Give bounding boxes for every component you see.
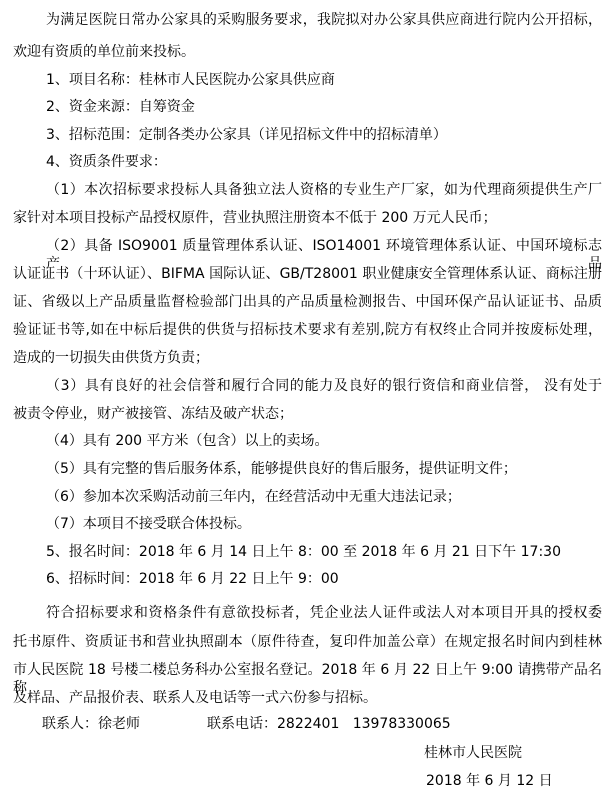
intro-line-1: 为满足医院日常办公家具的采购服务要求，我院拟对办公家具供应商进行院内公开招标， (46, 11, 602, 29)
requirement-4: （4）具有 200 平方米（包含）以上的卖场。 (46, 432, 329, 450)
closing-line-2: 托书原件、资质证书和营业执照副本（原件待查，复印件加盖公章）在规定报名时间内到桂… (13, 633, 602, 651)
item-fund-source: 2、资金来源：自筹资金 (46, 98, 195, 116)
item-tender-time: 6、招标时间：2018 年 6 月 22 日上午 9：00 (46, 570, 339, 588)
intro-line-2: 欢迎有资质的单位前来投标。 (13, 43, 195, 61)
item-registration-time: 5、报名时间：2018 年 6 月 14 日上午 8：00 至 2018 年 6… (46, 543, 561, 561)
closing-line-1: 符合招标要求和资格条件有意欲投标者，凭企业法人证件或法人对本项目开具的授权委 (46, 604, 602, 622)
requirement-2-line-3: 证、省级以上产品质量监督检验部门出具的产品质量检测报告、中国环保产品认证证书、品… (13, 293, 602, 311)
requirement-3-line-1: （3）具有良好的社会信誉和履行合同的能力及良好的银行资信和商业信誉， 没有处于 (46, 377, 602, 395)
requirement-2-line-5: 造成的一切损失由供货方负责； (13, 349, 209, 367)
contact-phone: 联系电话：2822401 13978330065 (207, 715, 451, 733)
contact-person: 联系人：徐老师 (42, 715, 140, 733)
requirement-5: （5）具有完整的售后服务体系，能够提供良好的售后服务，提供证明文件； (46, 460, 517, 478)
requirement-3-line-2: 被责令停业，财产被接管、冻结及破产状态； (13, 405, 293, 423)
signature-organization: 桂林市人民医院 (424, 744, 522, 762)
requirement-2-line-2: 认证证书（十环认证）、BIFMA 国际认证、GB/T28001 职业健康安全管理… (13, 265, 602, 283)
requirement-6: （6）参加本次采购活动前三年内，在经营活动中无重大违法记录； (46, 488, 461, 506)
item-qualifications: 4、资质条件要求： (46, 153, 167, 171)
requirement-1-line-2: 家针对本项目投标产品授权原件，营业执照注册资本不低于 200 万元人民币； (13, 209, 497, 227)
requirement-7: （7）本项目不接受联合体投标。 (46, 515, 251, 533)
requirement-2-line-4: 验证证书等,如在中标后提供的供货与招标技术要求有差别,院方有权终止合同并按废标处… (13, 321, 602, 339)
requirement-1-line-1: （1）本次招标要求投标人具备独立法人资格的专业生产厂家，如为代理商须提供生产厂 (46, 181, 602, 199)
closing-line-4: 及样品、产品报价表、联系人及电话等一式六份参与招标。 (13, 689, 377, 707)
signature-date: 2018 年 6 月 12 日 (426, 772, 553, 790)
item-tender-scope: 3、招标范围：定制各类办公家具（详见招标文件中的招标清单） (46, 126, 447, 144)
item-project-name: 1、项目名称：桂林市人民医院办公家具供应商 (46, 71, 335, 89)
